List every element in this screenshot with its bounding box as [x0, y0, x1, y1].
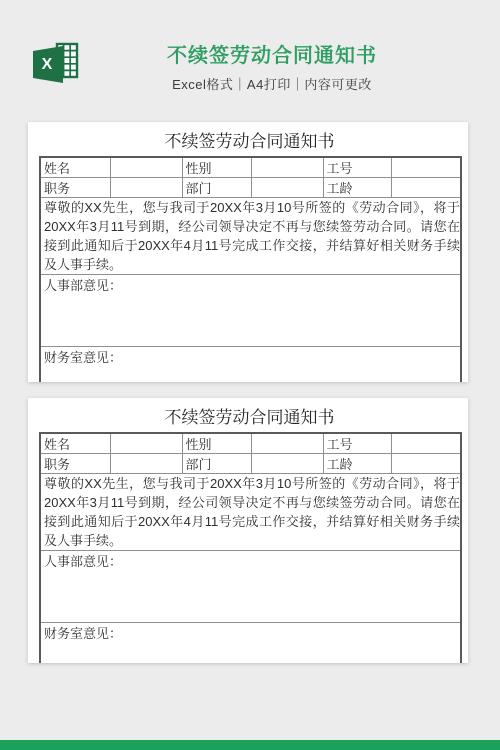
field-value-position [110, 454, 182, 474]
field-value-name [110, 433, 182, 454]
header-text-block: 不续签劳动合同通知书 Excel格式｜A4打印｜内容可更改 [167, 45, 377, 93]
field-value-workid [391, 157, 461, 178]
page-subtitle: Excel格式｜A4打印｜内容可更改 [167, 74, 377, 93]
field-label-seniority: 工龄 [323, 454, 391, 474]
document-title: 不续签劳动合同通知书 [39, 131, 460, 153]
field-value-name [110, 157, 182, 178]
footer-accent-bar [0, 740, 500, 750]
field-label-gender: 性别 [182, 433, 251, 454]
excel-icon-letter: X [42, 56, 53, 73]
hr-opinion-row: 人事部意见： [40, 551, 461, 623]
excel-icon: X [32, 42, 80, 84]
hr-opinion-cell: 人事部意见： [40, 275, 461, 347]
field-value-seniority [391, 454, 461, 474]
notice-form-table: 姓名 性别 工号 职务 部门 工龄 尊敬的XX先生，您与我司于20XX年3月10… [39, 432, 462, 663]
info-row: 姓名 性别 工号 [40, 433, 461, 454]
field-label-seniority: 工龄 [323, 178, 391, 198]
notice-body-text: 尊敬的XX先生，您与我司于20XX年3月10号所签的《劳动合同》，将于20XX年… [40, 474, 461, 551]
notice-form-table: 姓名 性别 工号 职务 部门 工龄 尊敬的XX先生，您与我司于20XX年3月10… [39, 156, 462, 382]
document-preview-card-2[interactable]: 不续签劳动合同通知书 姓名 性别 工号 职务 部门 工龄 尊敬的XX先生，您与我… [28, 398, 468, 663]
notice-body-row: 尊敬的XX先生，您与我司于20XX年3月10号所签的《劳动合同》，将于20XX年… [40, 198, 461, 275]
field-value-seniority [391, 178, 461, 198]
field-label-department: 部门 [182, 454, 251, 474]
field-label-workid: 工号 [323, 433, 391, 454]
field-label-name: 姓名 [40, 433, 110, 454]
field-value-department [251, 178, 323, 198]
info-row: 姓名 性别 工号 [40, 157, 461, 178]
page-header: X 不续签劳动合同通知书 Excel格式｜A4打印｜内容可更改 [0, 0, 500, 122]
hr-opinion-row: 人事部意见： [40, 275, 461, 347]
info-row: 职务 部门 工龄 [40, 178, 461, 198]
document-title: 不续签劳动合同通知书 [39, 407, 460, 429]
info-row: 职务 部门 工龄 [40, 454, 461, 474]
finance-opinion-row: 财务室意见： [40, 623, 461, 664]
notice-body-row: 尊敬的XX先生，您与我司于20XX年3月10号所签的《劳动合同》，将于20XX年… [40, 474, 461, 551]
finance-opinion-row: 财务室意见： [40, 347, 461, 383]
finance-opinion-cell: 财务室意见： [40, 347, 461, 383]
hr-opinion-cell: 人事部意见： [40, 551, 461, 623]
finance-opinion-cell: 财务室意见： [40, 623, 461, 664]
field-value-gender [251, 157, 323, 178]
field-value-workid [391, 433, 461, 454]
field-label-gender: 性别 [182, 157, 251, 178]
field-label-workid: 工号 [323, 157, 391, 178]
field-label-department: 部门 [182, 178, 251, 198]
field-label-position: 职务 [40, 178, 110, 198]
field-label-position: 职务 [40, 454, 110, 474]
field-value-department [251, 454, 323, 474]
page-title: 不续签劳动合同通知书 [167, 45, 377, 68]
field-value-position [110, 178, 182, 198]
notice-body-text: 尊敬的XX先生，您与我司于20XX年3月10号所签的《劳动合同》，将于20XX年… [40, 198, 461, 275]
document-preview-card-1[interactable]: 不续签劳动合同通知书 姓名 性别 工号 职务 部门 工龄 尊敬的XX先生，您与我… [28, 122, 468, 382]
field-label-name: 姓名 [40, 157, 110, 178]
field-value-gender [251, 433, 323, 454]
